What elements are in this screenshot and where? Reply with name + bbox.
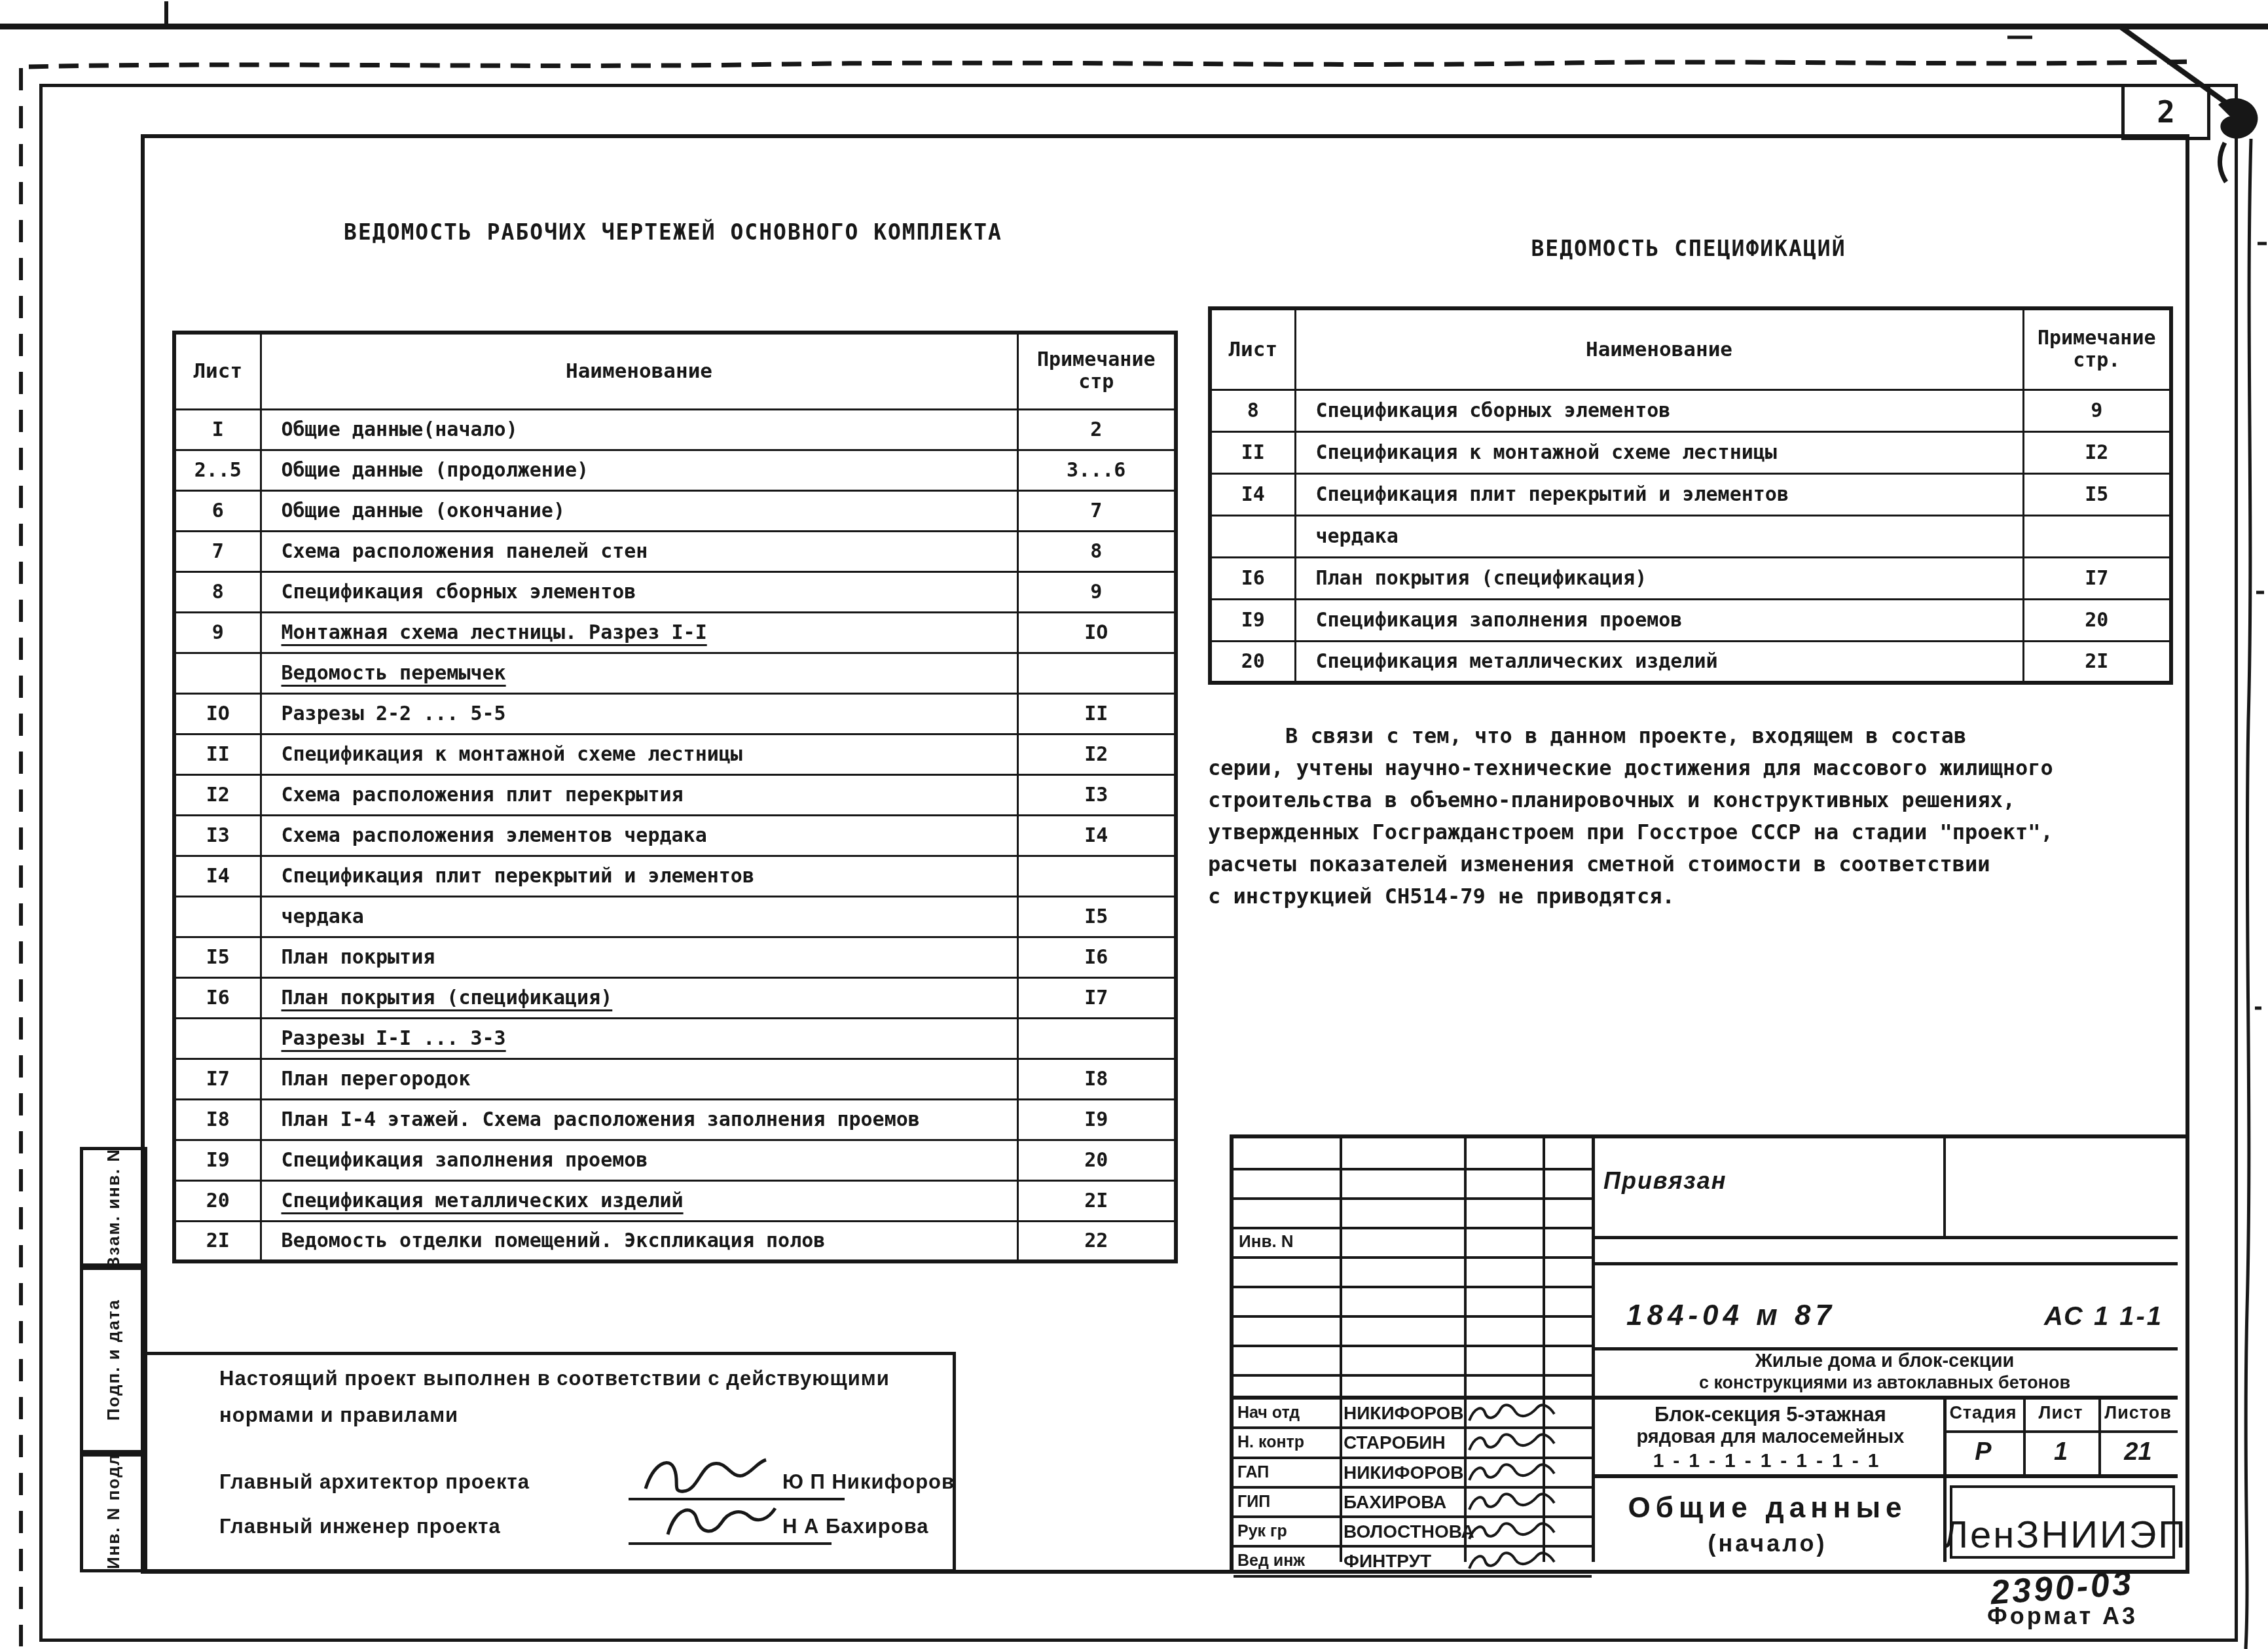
sheet-number: 20: [1241, 650, 1265, 673]
note-page: I4: [1084, 824, 1108, 847]
drawing-name: Ведомость отделки помещений. Экспликация…: [282, 1229, 826, 1252]
note-page: I9: [1084, 1108, 1108, 1131]
series-code: 184-04 м 87: [1626, 1299, 1836, 1332]
signature-row: Вед инж Финтрут: [1234, 1548, 1592, 1577]
object-title-line2: рядовая для малосемейных: [1600, 1426, 1941, 1448]
margin-cell-inv-podl: Инв. N подл: [80, 1450, 147, 1572]
margin-cell-podp-data: Подп. и дата: [80, 1263, 147, 1457]
person-name: Никифоров: [1344, 1462, 1464, 1483]
drawings-table-row: 8 Спецификация сборных элементов 9: [174, 571, 1176, 612]
object-title-line1: Блок-секция 5-этажная: [1600, 1403, 1941, 1426]
note-page: I3: [1084, 784, 1108, 806]
drawing-name: Общие данные(начало): [282, 418, 518, 441]
signature-row: ГИП Бахирова: [1234, 1489, 1592, 1518]
specs-table-row: 8 Спецификация сборных элементов 9: [1210, 390, 2171, 431]
signature-row: Нач отд Никифоров: [1234, 1400, 1592, 1429]
drawings-table-row: I2 Схема расположения плит перекрытия I3: [174, 774, 1176, 815]
drawing-name: План перегородок: [282, 1068, 471, 1091]
sheet-number: I6: [1241, 567, 1265, 590]
drawing-name: Схема расположения панелей стен: [282, 540, 648, 563]
sheet-number: 2I: [206, 1229, 230, 1252]
drawings-table-row: 20 Спецификация металлических изделий 2I: [174, 1180, 1176, 1221]
col-header-name: Наименование: [1295, 308, 2023, 390]
drawings-table-row: II Спецификация к монтажной схеме лестни…: [174, 734, 1176, 774]
note-page: I5: [2085, 483, 2108, 506]
specs-table-row: I9 Спецификация заполнения проемов 20: [1210, 599, 2171, 641]
sheet-number: 6: [212, 499, 224, 522]
note-page: 2I: [2085, 650, 2108, 673]
drawing-name: План I-4 этажей. Схема расположения запо…: [282, 1108, 920, 1131]
note-page: I8: [1084, 1068, 1108, 1091]
spec-name: Спецификация металлических изделий: [1316, 650, 1718, 673]
note-page: 3...6: [1067, 459, 1125, 482]
spec-name: чердака: [1316, 525, 1399, 548]
person-name: Старобин: [1344, 1432, 1446, 1453]
sheet-number: I2: [206, 784, 230, 806]
note-page: 20: [2085, 609, 2108, 632]
note-page: 22: [1084, 1229, 1108, 1252]
scanned-drawing-sheet: 2 Взам. инв. N Подп. и дата Инв. N подл …: [0, 0, 2268, 1649]
paragraph-line: утвержденных Госгражданстроем при Госстр…: [1208, 816, 2170, 848]
note-page: IO: [1084, 621, 1108, 644]
person-role: ГАП: [1237, 1463, 1269, 1482]
certification-text-line2: нормами и правилами: [219, 1404, 458, 1427]
signature-line: [629, 1498, 845, 1500]
paragraph-line: с инструкцией СН514-79 не приводятся.: [1208, 880, 2170, 913]
sheet-number: 9: [212, 621, 224, 644]
drawings-table-row: Ведомость перемычек: [174, 653, 1176, 693]
col-header-sheet: Лист: [1210, 308, 1295, 390]
sheet-title-line2: (начало): [1592, 1530, 1943, 1557]
person-role: ГИП: [1237, 1493, 1270, 1512]
drawing-name: План покрытия: [282, 946, 435, 969]
spec-name: Спецификация сборных элементов: [1316, 399, 1671, 422]
note-page: I7: [1084, 987, 1108, 1009]
drawing-name: Общие данные (продолжение): [282, 459, 589, 482]
paragraph-line: расчеты показателей изменения сметной ст…: [1208, 848, 2170, 880]
series-title-line2: с конструкциями из автоклавных бетонов: [1592, 1373, 2178, 1393]
sheet-column-header: Лист: [2023, 1403, 2098, 1423]
spec-name: Спецификация заполнения проемов: [1316, 609, 1683, 632]
sheet-number: I9: [206, 1149, 230, 1172]
specs-table: Лист Наименование Примечание стр. 8 Спец…: [1208, 306, 2173, 685]
drawings-table-header-row: Лист Наименование Примечание стр: [174, 333, 1176, 409]
col-header-note: Примечание стр: [1017, 333, 1176, 409]
signature-line: [629, 1542, 832, 1545]
drawing-name: План покрытия (спецификация): [282, 987, 613, 1009]
sheet-number: I4: [206, 865, 230, 888]
person-role: Нач отд: [1237, 1404, 1300, 1422]
set-code: АС 1 1-1: [2044, 1302, 2163, 1332]
note-paragraph: В связи с тем, что в данном проекте, вхо…: [1208, 720, 2170, 913]
margin-label: Подп. и дата: [103, 1299, 124, 1421]
drawings-table-row: I3 Схема расположения элементов чердака …: [174, 815, 1176, 856]
sheets-column-header: Листов: [2098, 1403, 2178, 1423]
drawing-name: Разрезы 2-2 ... 5-5: [282, 702, 506, 725]
col-header-name: Наименование: [261, 333, 1017, 409]
page-number-box: 2: [2121, 87, 2210, 140]
drawing-name: Спецификация к монтажной схеме лестницы: [282, 743, 742, 766]
spec-name: Спецификация к монтажной схеме лестницы: [1316, 441, 1777, 464]
specs-table-header-row: Лист Наименование Примечание стр.: [1210, 308, 2171, 390]
note-page: 9: [1090, 581, 1102, 604]
drawing-name: Схема расположения элементов чердака: [282, 824, 707, 847]
sheet-format-label: Формат А3: [1987, 1603, 2138, 1630]
note-page: I6: [1084, 946, 1108, 969]
signature-row: Рук гр Волостнова: [1234, 1518, 1592, 1548]
drawing-name: Схема расположения плит перекрытия: [282, 784, 684, 806]
sheet-title-line1: Общие данные: [1592, 1492, 1943, 1525]
specs-table-row: I4 Спецификация плит перекрытий и элемен…: [1210, 473, 2171, 515]
organization-name: ЛенЗНИИЭП: [1943, 1513, 2178, 1557]
person-role: Вед инж: [1237, 1551, 1305, 1570]
drawings-table-row: 6 Общие данные (окончание) 7: [174, 490, 1176, 531]
sheet-number: 8: [212, 581, 224, 604]
sheet-number: I9: [1241, 609, 1265, 632]
sheet-number: I7: [206, 1068, 230, 1091]
architect-signature: [642, 1451, 779, 1496]
signature-row: ГАП Никифоров: [1234, 1459, 1592, 1489]
drawings-table-row: I4 Спецификация плит перекрытий и элемен…: [174, 856, 1176, 896]
person-name: Никифоров: [1344, 1403, 1464, 1424]
paragraph-line: В связи с тем, что в данном проекте, вхо…: [1208, 720, 2170, 752]
person-role: Рук гр: [1237, 1522, 1287, 1541]
signature-row: Н. контр Старобин: [1234, 1429, 1592, 1459]
sheet-number: 7: [212, 540, 224, 563]
note-page: 8: [1090, 540, 1102, 563]
drawings-table-row: 7 Схема расположения панелей стен 8: [174, 531, 1176, 571]
sheet-number: I8: [206, 1108, 230, 1131]
title-block: Инв. N Привязан 184-04 м 87 АС 1 1-1 Жил…: [1230, 1134, 2189, 1574]
person-signature: [1467, 1460, 1565, 1487]
sheet-number: IO: [206, 702, 230, 725]
drawing-name: Монтажная схема лестницы. Разрез I-I: [282, 621, 707, 644]
engineer-signature: [661, 1498, 779, 1541]
note-page: I2: [2085, 441, 2108, 464]
inv-number-label: Инв. N: [1239, 1231, 1294, 1252]
drawings-table-title: ВЕДОМОСТЬ РАБОЧИХ ЧЕРТЕЖЕЙ ОСНОВНОГО КОМ…: [172, 219, 1174, 245]
sheet-number: 2..5: [194, 459, 242, 482]
note-page: I5: [1084, 905, 1108, 928]
drawings-table-row: I5 План покрытия I6: [174, 937, 1176, 977]
spec-name: Спецификация плит перекрытий и элементов: [1316, 483, 1789, 506]
drawing-name: Общие данные (окончание): [282, 499, 565, 522]
sheet-number: II: [206, 743, 230, 766]
architect-label: Главный архитектор проекта: [219, 1470, 530, 1494]
drawings-table-row: чердака I5: [174, 896, 1176, 937]
col-header-sheet: Лист: [174, 333, 261, 409]
drawings-table-row: I Общие данные(начало) 2: [174, 409, 1176, 450]
sheet-number: 8: [1247, 399, 1259, 422]
specs-table-row: I6 План покрытия (спецификация) I7: [1210, 557, 2171, 599]
page-number: 2: [2157, 94, 2175, 130]
engineer-name: Н А Бахирова: [782, 1515, 929, 1538]
margin-label: Инв. N подл: [103, 1453, 124, 1569]
stage-column-header: Стадия: [1943, 1403, 2023, 1423]
person-name: Бахирова: [1344, 1492, 1446, 1513]
engineer-label: Главный инженер проекта: [219, 1515, 501, 1538]
paragraph-line: серии, учтены научно-технические достиже…: [1208, 752, 2170, 784]
drawings-table-row: 2I Ведомость отделки помещений. Эксплика…: [174, 1221, 1176, 1261]
specs-table-row: чердака: [1210, 515, 2171, 557]
drawings-table-row: 2..5 Общие данные (продолжение) 3...6: [174, 450, 1176, 490]
drawing-name: чердака: [282, 905, 364, 928]
margin-cell-vzam-inv: Взам. инв. N: [80, 1147, 147, 1270]
drawing-name: Спецификация плит перекрытий и элементов: [282, 865, 754, 888]
person-name: Волостнова: [1344, 1521, 1474, 1542]
spec-name: План покрытия (спецификация): [1316, 567, 1647, 590]
attached-note: Привязан: [1603, 1167, 1727, 1195]
margin-label: Взам. инв. N: [103, 1148, 124, 1269]
drawing-name: Спецификация заполнения проемов: [282, 1149, 648, 1172]
drawings-table-row: IO Разрезы 2-2 ... 5-5 II: [174, 693, 1176, 734]
signature-rows: Нач отд Никифоров Н. контр Старобин ГАП: [1234, 1400, 1592, 1562]
sheet-number: I: [212, 418, 224, 441]
sheet-number: 20: [206, 1189, 230, 1212]
sheet-number: I6: [206, 987, 230, 1009]
note-page: 2I: [1084, 1189, 1108, 1212]
drawings-table-row: I6 План покрытия (спецификация) I7: [174, 977, 1176, 1018]
drawings-table-row: I7 План перегородок I8: [174, 1059, 1176, 1099]
architect-name: Ю П Никифоров: [782, 1470, 955, 1494]
note-page: 9: [2091, 399, 2102, 422]
series-title-line1: Жилые дома и блок-секции: [1592, 1350, 2178, 1372]
note-page: I2: [1084, 743, 1108, 766]
drawing-name: Ведомость перемычек: [282, 662, 506, 685]
certification-box: Настоящий проект выполнен в соответствии…: [141, 1352, 956, 1572]
note-page: 7: [1090, 499, 1102, 522]
sheets-value: 21: [2098, 1438, 2178, 1466]
person-signature: [1467, 1490, 1565, 1516]
note-page: II: [1084, 702, 1108, 725]
drawings-table: Лист Наименование Примечание стр I Общие…: [172, 331, 1178, 1263]
person-signature: [1467, 1401, 1565, 1427]
person-name: Финтрут: [1344, 1551, 1431, 1572]
paragraph-line: строительства в объемно-планировочных и …: [1208, 784, 2170, 816]
person-signature: [1467, 1430, 1565, 1457]
sheet-number: I5: [206, 946, 230, 969]
sheet-number: II: [1241, 441, 1265, 464]
drawing-name: Спецификация металлических изделий: [282, 1189, 684, 1212]
drawing-name: Спецификация сборных элементов: [282, 581, 636, 604]
drawing-name: Разрезы I-I ... 3-3: [282, 1027, 506, 1050]
sheet-number: I3: [206, 824, 230, 847]
sheet-number: I4: [1241, 483, 1265, 506]
specs-table-row: II Спецификация к монтажной схеме лестни…: [1210, 431, 2171, 473]
certification-text-line1: Настоящий проект выполнен в соответствии…: [219, 1367, 890, 1390]
stage-value: Р: [1943, 1438, 2023, 1466]
sheet-value: 1: [2023, 1438, 2098, 1466]
specs-table-row: 20 Спецификация металлических изделий 2I: [1210, 641, 2171, 683]
object-title-line3: 1-1-1-1-1-1-1: [1600, 1450, 1941, 1472]
person-signature: [1467, 1549, 1565, 1575]
drawings-table-row: 9 Монтажная схема лестницы. Разрез I-I I…: [174, 612, 1176, 653]
drawings-table-row: Разрезы I-I ... 3-3: [174, 1018, 1176, 1059]
note-page: I7: [2085, 567, 2108, 590]
person-role: Н. контр: [1237, 1433, 1304, 1452]
drawings-table-row: I8 План I-4 этажей. Схема расположения з…: [174, 1099, 1176, 1140]
specs-table-title: ВЕДОМОСТЬ СПЕЦИФИКАЦИЙ: [1208, 236, 2169, 261]
person-signature: [1467, 1519, 1565, 1546]
note-page: 20: [1084, 1149, 1108, 1172]
col-header-note: Примечание стр.: [2023, 308, 2171, 390]
drawings-table-row: I9 Спецификация заполнения проемов 20: [174, 1140, 1176, 1180]
note-page: 2: [1090, 418, 1102, 441]
